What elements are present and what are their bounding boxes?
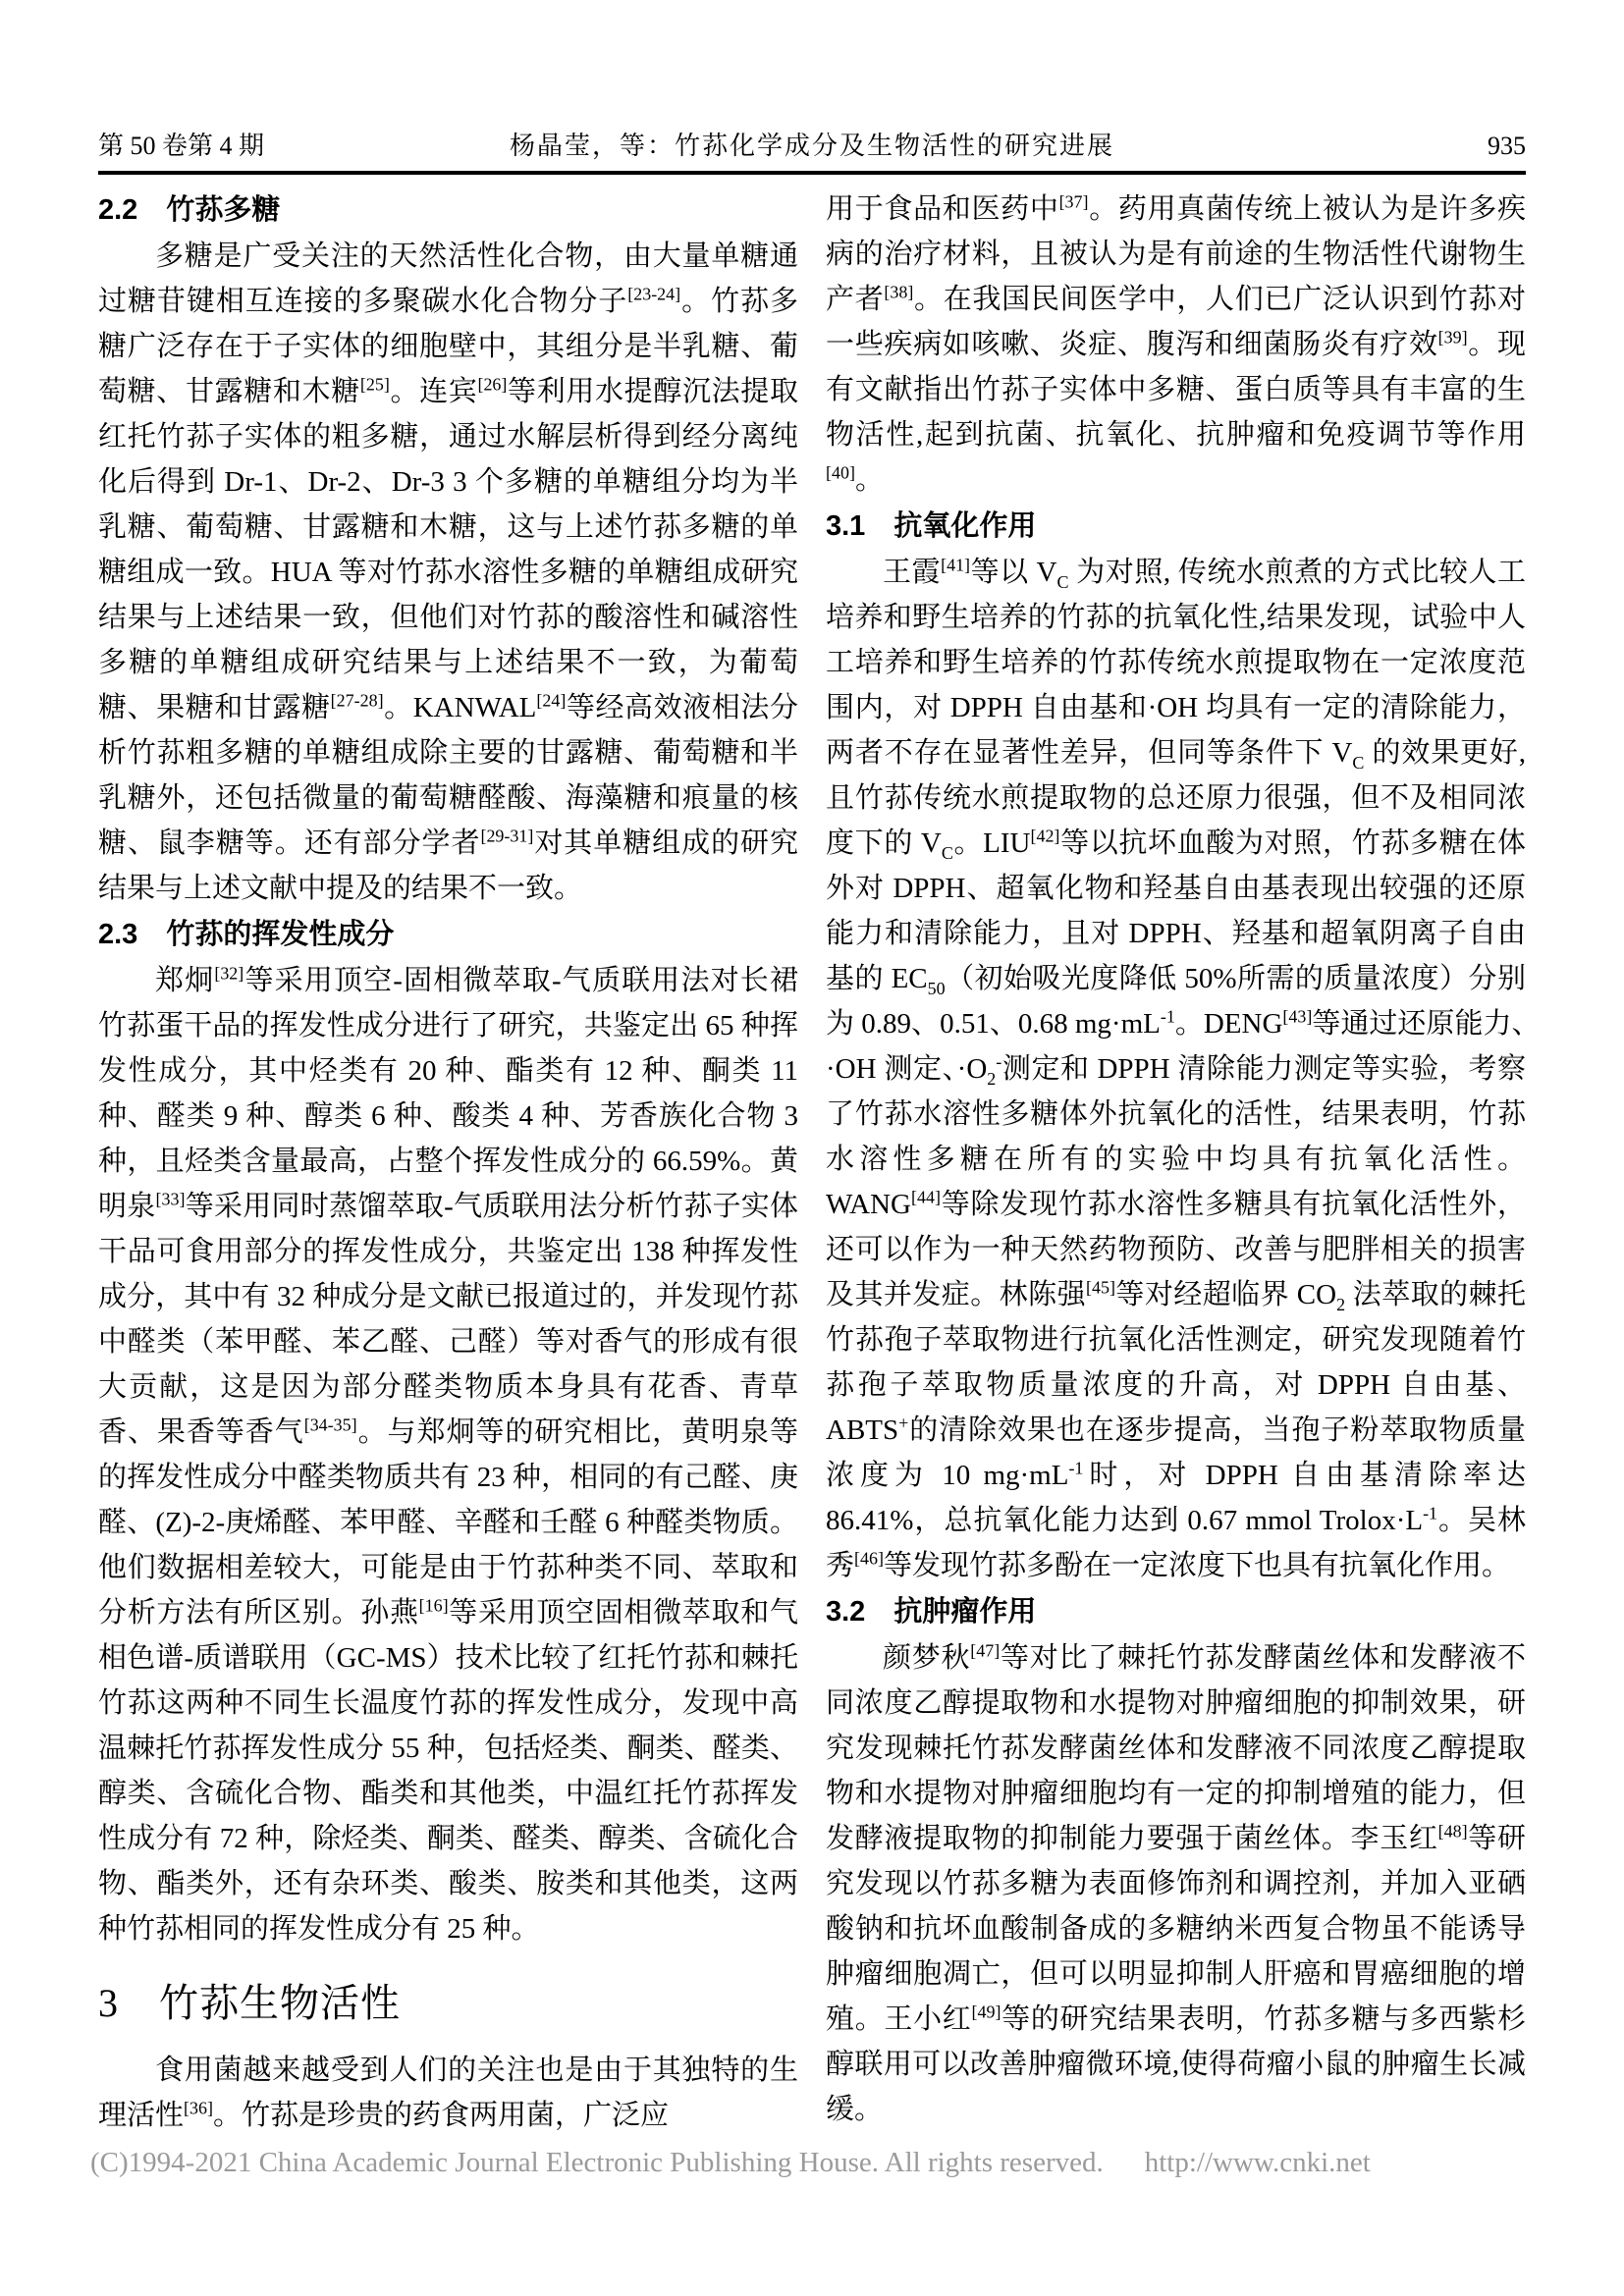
left-column: 2.2 竹荪多糖 多糖是广受关注的天然活性化合物，由大量单糖通过糖苷键相互连接的… (98, 187, 798, 2138)
paragraph-bioactivity-intro-continued: 用于食品和医药中[37]。药用真菌传统上被认为是许多疾病的治疗材料，且被认为是有… (826, 187, 1526, 503)
header-rule (98, 171, 1526, 175)
two-column-body: 2.2 竹荪多糖 多糖是广受关注的天然活性化合物，由大量单糖通过糖苷键相互连接的… (98, 187, 1526, 2138)
paragraph-polysaccharides: 多糖是广受关注的天然活性化合物，由大量单糖通过糖苷键相互连接的多聚碳水化合物分子… (98, 234, 798, 911)
cnki-url: http://www.cnki.net (1145, 2147, 1371, 2178)
page-header: 第 50 卷第 4 期 杨晶莹，等：竹荪化学成分及生物活性的研究进展 935 (98, 130, 1526, 163)
running-title: 杨晶莹，等：竹荪化学成分及生物活性的研究进展 (510, 130, 1114, 163)
section-heading-3: 3 竹荪生物活性 (98, 1977, 798, 2030)
right-column: 用于食品和医药中[37]。药用真菌传统上被认为是许多疾病的治疗材料，且被认为是有… (826, 187, 1526, 2138)
page-number: 935 (1488, 130, 1526, 163)
paragraph-antioxidant: 王霞[41]等以 VC 为对照, 传统水煎煮的方式比较人工培养和野生培养的竹荪的… (826, 550, 1526, 1588)
journal-issue: 第 50 卷第 4 期 (98, 130, 264, 163)
paragraph-volatile-components: 郑炯[32]等采用顶空-固相微萃取-气质联用法对长裙竹荪蛋干品的挥发性成分进行了… (98, 958, 798, 1951)
cnki-watermark: (C)1994-2021 China Academic Journal Elec… (90, 2145, 1534, 2180)
section-heading-2-3: 2.3 竹荪的挥发性成分 (98, 911, 798, 958)
journal-page: 第 50 卷第 4 期 杨晶莹，等：竹荪化学成分及生物活性的研究进展 935 2… (0, 0, 1624, 2138)
paragraph-bioactivity-intro: 食用菌越来越受到人们的关注也是由于其独特的生理活性[36]。竹荪是珍贵的药食两用… (98, 2048, 798, 2138)
section-heading-3-2: 3.2 抗肿瘤作用 (826, 1588, 1526, 1635)
paragraph-antitumor: 颜梦秋[47]等对比了棘托竹荪发酵菌丝体和发酵液不同浓度乙醇提取物和水提物对肿瘤… (826, 1635, 1526, 2132)
section-heading-2-2: 2.2 竹荪多糖 (98, 187, 798, 234)
section-heading-3-1: 3.1 抗氧化作用 (826, 503, 1526, 550)
copyright-text: (C)1994-2021 China Academic Journal Elec… (90, 2147, 1104, 2178)
